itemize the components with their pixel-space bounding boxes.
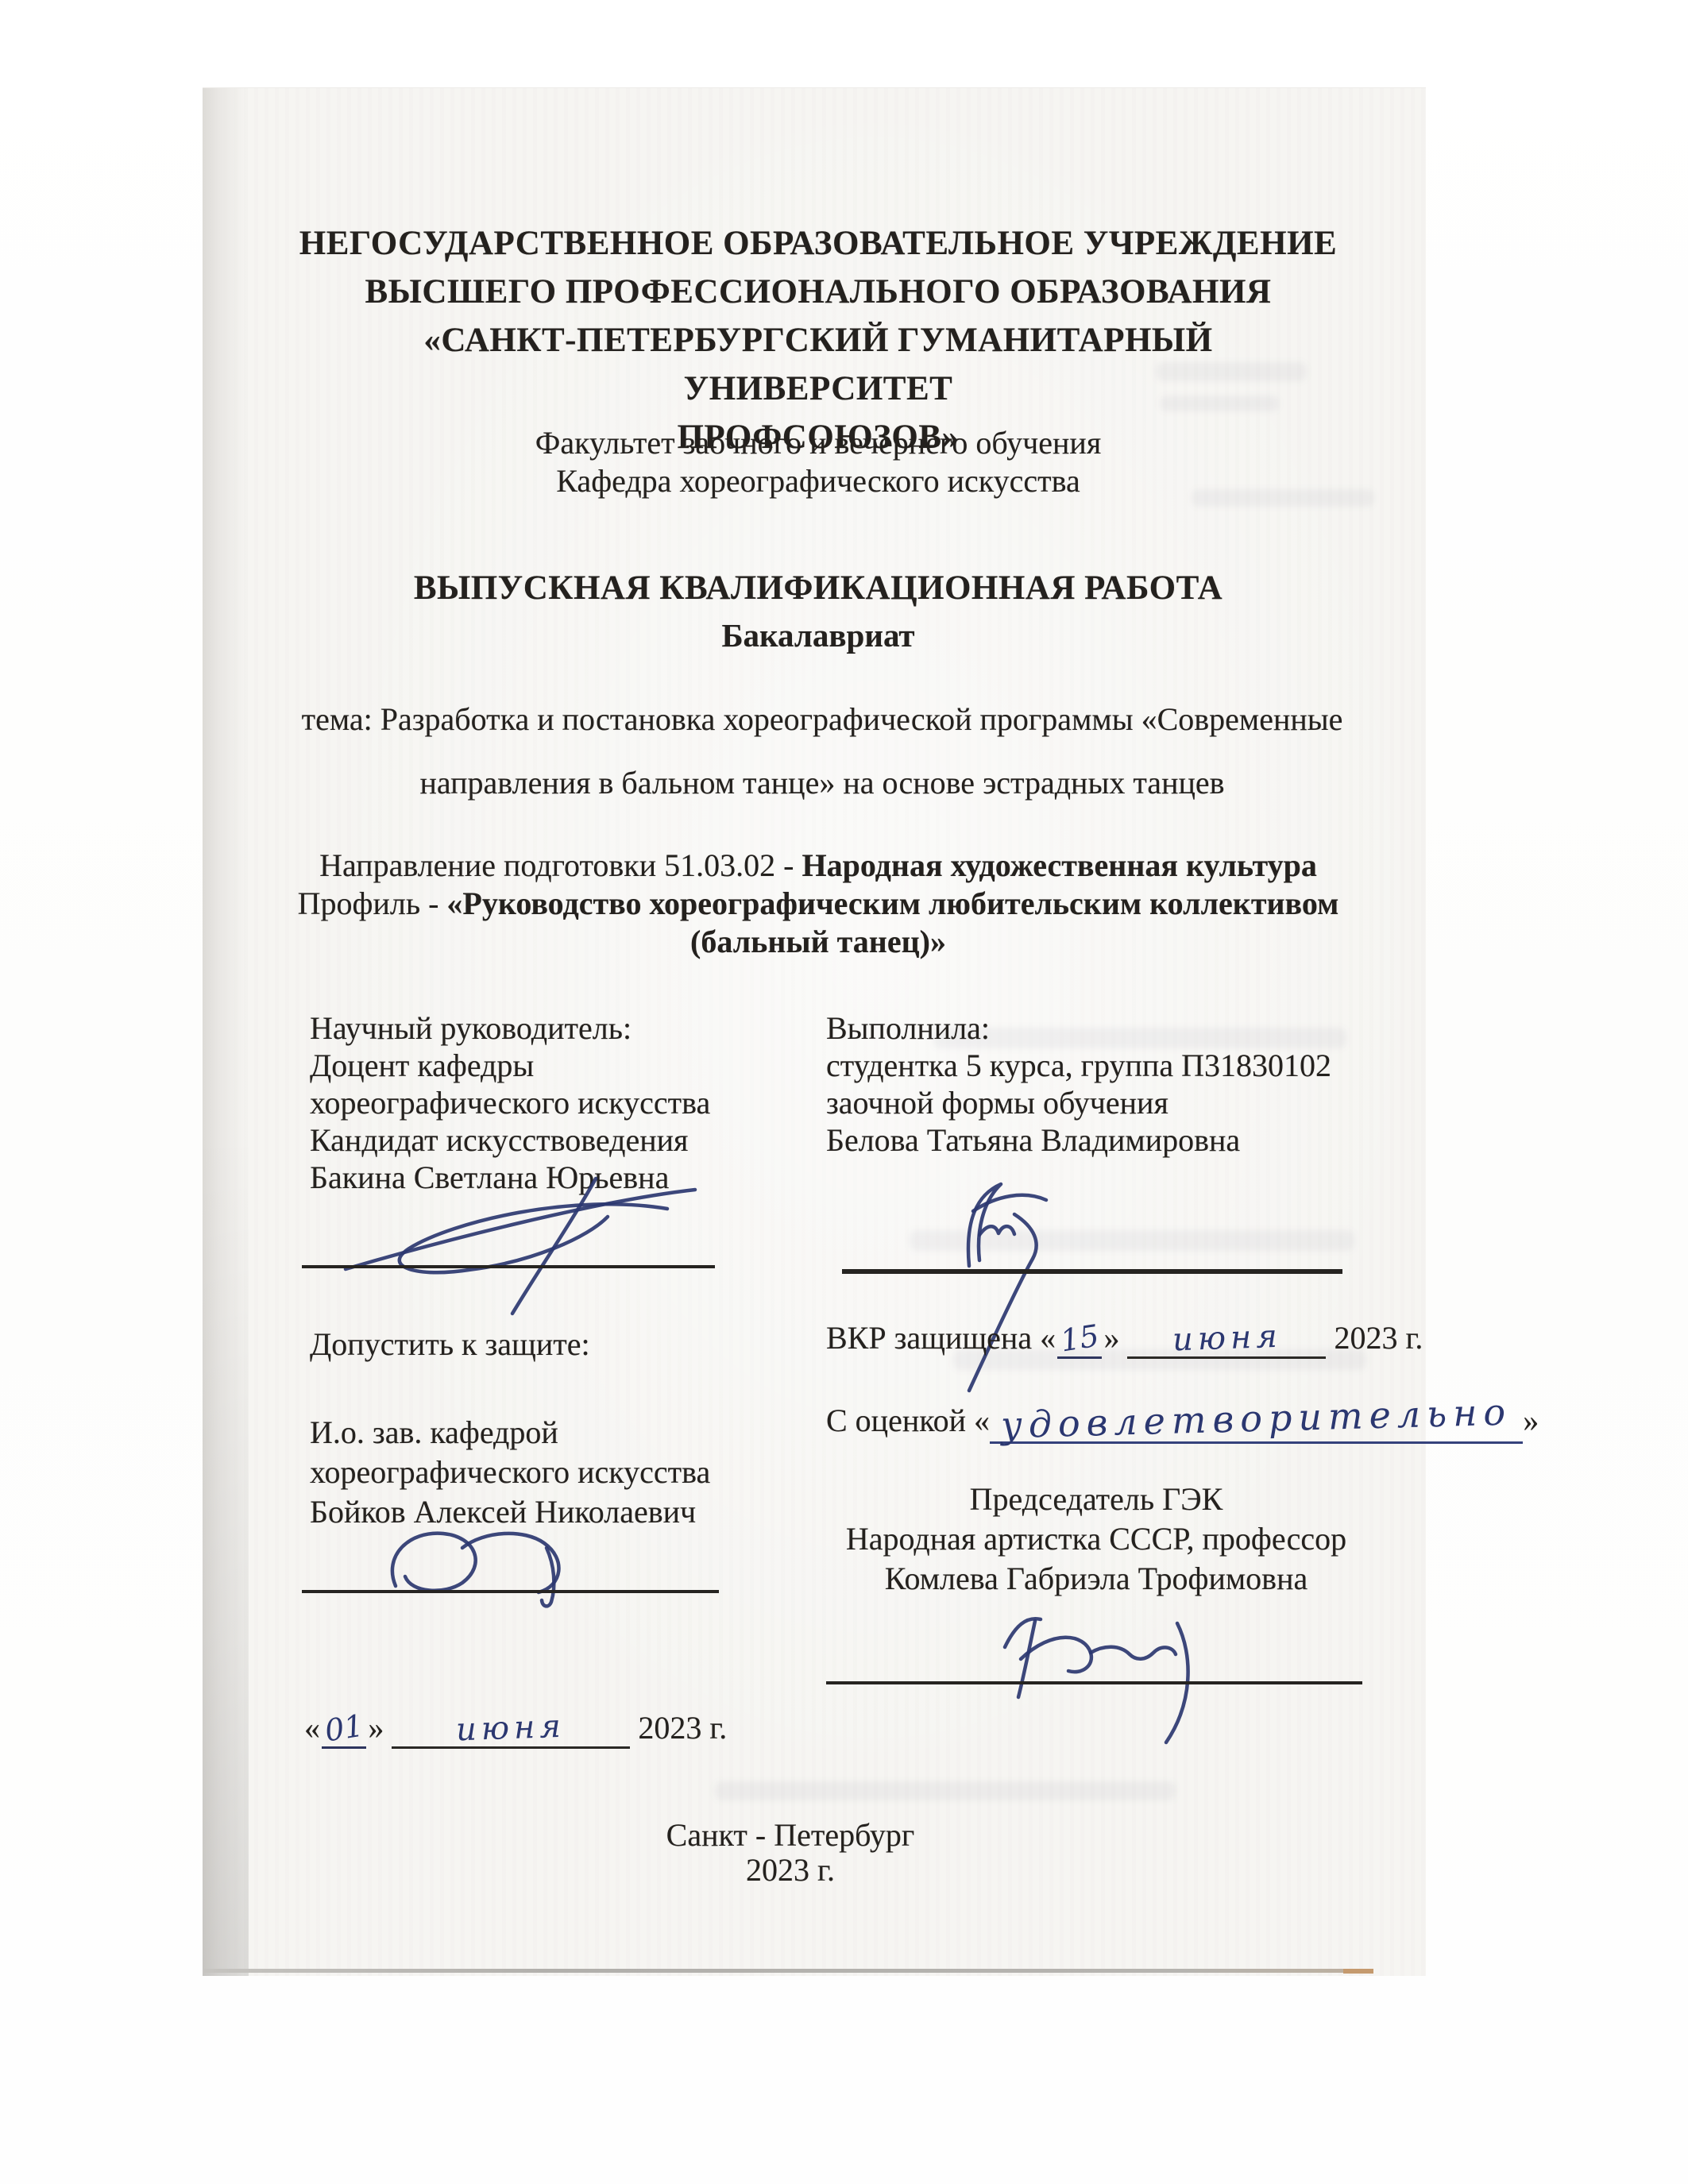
student-study-form: заочной формы обучения <box>826 1084 1382 1121</box>
work-level: Бакалавриат <box>290 616 1346 654</box>
committee-chair-label: Председатель ГЭК <box>826 1480 1366 1519</box>
supervisor-signature <box>334 1172 707 1323</box>
thesis-theme: тема: Разработка и постановка хореографи… <box>278 688 1366 815</box>
bleed-through-artifact <box>715 1781 1176 1800</box>
supervisor-degree: Кандидат искусствоведения <box>310 1121 826 1159</box>
profile-line2: (бальный танец)» <box>290 923 1346 961</box>
student-course-group: студентка 5 курса, группа П31830102 <box>826 1047 1382 1084</box>
grade-underline: удовлетворительно <box>990 1397 1523 1444</box>
chair-signature <box>977 1596 1215 1750</box>
head-position-line2: хореографического искусства <box>310 1453 710 1492</box>
department-name: Кафедра хореографического искусства <box>290 462 1346 500</box>
grade-prefix: С оценкой « <box>826 1403 990 1438</box>
defense-date-row: ВКР защищена «15» июня 2023 г. <box>826 1319 1423 1359</box>
work-title: ВЫПУСКНАЯ КВАЛИФИКАЦИОННАЯ РАБОТА <box>290 569 1346 608</box>
head-signature <box>373 1516 612 1615</box>
date-month-underline: июня <box>392 1709 630 1749</box>
department-head-block: И.о. зав. кафедрой хореографического иск… <box>310 1413 710 1532</box>
head-position-line1: И.о. зав. кафедрой <box>310 1413 710 1453</box>
page-bottom-edge <box>204 1969 1352 1973</box>
defense-prefix: ВКР защищена « <box>826 1320 1056 1356</box>
institution-name-line1: НЕГОСУДАРСТВЕННОЕ ОБРАЗОВАТЕЛЬНОЕ УЧРЕЖД… <box>290 219 1346 268</box>
thesis-theme-line2: направления в бальном танце» на основе э… <box>278 751 1366 815</box>
faculty-department: Факультет заочного и вечернего обучения … <box>290 424 1346 500</box>
page-left-edge-shadow <box>203 88 249 1976</box>
date-day-handwritten: 01 <box>319 1707 369 1749</box>
date-close-quote: » <box>368 1710 384 1746</box>
defense-close-quote: » <box>1103 1320 1119 1356</box>
head-signature-line <box>302 1590 719 1593</box>
direction-line: Направление подготовки 51.03.02 - Народн… <box>290 847 1346 885</box>
defense-day-handwritten: 15 <box>1055 1318 1105 1359</box>
profile-prefix: Профиль - <box>298 886 447 921</box>
committee-chair-title: Народная артистка СССР, профессор <box>826 1519 1366 1559</box>
grade-handwritten: удовлетворительно <box>1000 1391 1512 1447</box>
direction-prefix: Направление подготовки 51.03.02 - <box>319 847 802 883</box>
document-page: НЕГОСУДАРСТВЕННОЕ ОБРАЗОВАТЕЛЬНОЕ УЧРЕЖД… <box>203 87 1426 1976</box>
supervisor-block: Научный руководитель: Доцент кафедры хор… <box>310 1009 826 1196</box>
date-month-handwritten: июня <box>456 1708 566 1749</box>
date-year: 2023 г. <box>638 1710 727 1746</box>
date-open-quote: « <box>304 1710 320 1746</box>
admit-date-row: «01» июня 2023 г. <box>304 1709 727 1749</box>
chair-signature-line <box>826 1681 1362 1684</box>
admit-label: Допустить к защите: <box>310 1325 590 1363</box>
institution-name-line3: «САНКТ-ПЕТЕРБУРГСКИЙ ГУМАНИТАРНЫЙ УНИВЕР… <box>290 316 1346 413</box>
profile-name: «Руководство хореографическим любительск… <box>446 886 1338 921</box>
page-bottom-edge-corner <box>1343 1969 1373 1974</box>
institution-name-line2: ВЫСШЕГО ПРОФЕССИОНАЛЬНОГО ОБРАЗОВАНИЯ <box>290 268 1346 316</box>
defense-year: 2023 г. <box>1334 1320 1423 1356</box>
footer-block: Санкт - Петербург 2023 г. <box>203 1818 1378 1888</box>
grade-close-quote: » <box>1523 1403 1539 1438</box>
footer-city: Санкт - Петербург <box>203 1818 1378 1853</box>
committee-chair-name: Комлева Габриэла Трофимовна <box>826 1559 1366 1599</box>
footer-year: 2023 г. <box>203 1853 1378 1888</box>
grade-row: С оценкой «удовлетворительно» <box>826 1397 1539 1444</box>
supervisor-position-line1: Доцент кафедры <box>310 1047 826 1084</box>
faculty-name: Факультет заочного и вечернего обучения <box>290 424 1346 462</box>
date-day-underline: 01 <box>322 1709 366 1749</box>
supervisor-signature-line <box>302 1265 715 1268</box>
supervisor-label: Научный руководитель: <box>310 1009 826 1047</box>
student-signature <box>894 1167 1068 1401</box>
student-signature-line <box>842 1269 1342 1274</box>
student-label: Выполнила: <box>826 1009 1382 1047</box>
thesis-theme-line1: тема: Разработка и постановка хореографи… <box>278 688 1366 751</box>
supervisor-position-line2: хореографического искусства <box>310 1084 826 1121</box>
direction-profile: Направление подготовки 51.03.02 - Народн… <box>290 847 1346 961</box>
student-name: Белова Татьяна Владимировна <box>826 1121 1382 1159</box>
committee-block: Председатель ГЭК Народная артистка СССР,… <box>826 1480 1366 1599</box>
defense-month-handwritten: июня <box>1172 1318 1282 1359</box>
profile-line1: Профиль - «Руководство хореографическим … <box>290 885 1346 923</box>
defense-day-underline: 15 <box>1057 1319 1102 1359</box>
direction-name: Народная художественная культура <box>802 847 1316 883</box>
defense-month-underline: июня <box>1127 1319 1326 1359</box>
student-block: Выполнила: студентка 5 курса, группа П31… <box>826 1009 1382 1159</box>
